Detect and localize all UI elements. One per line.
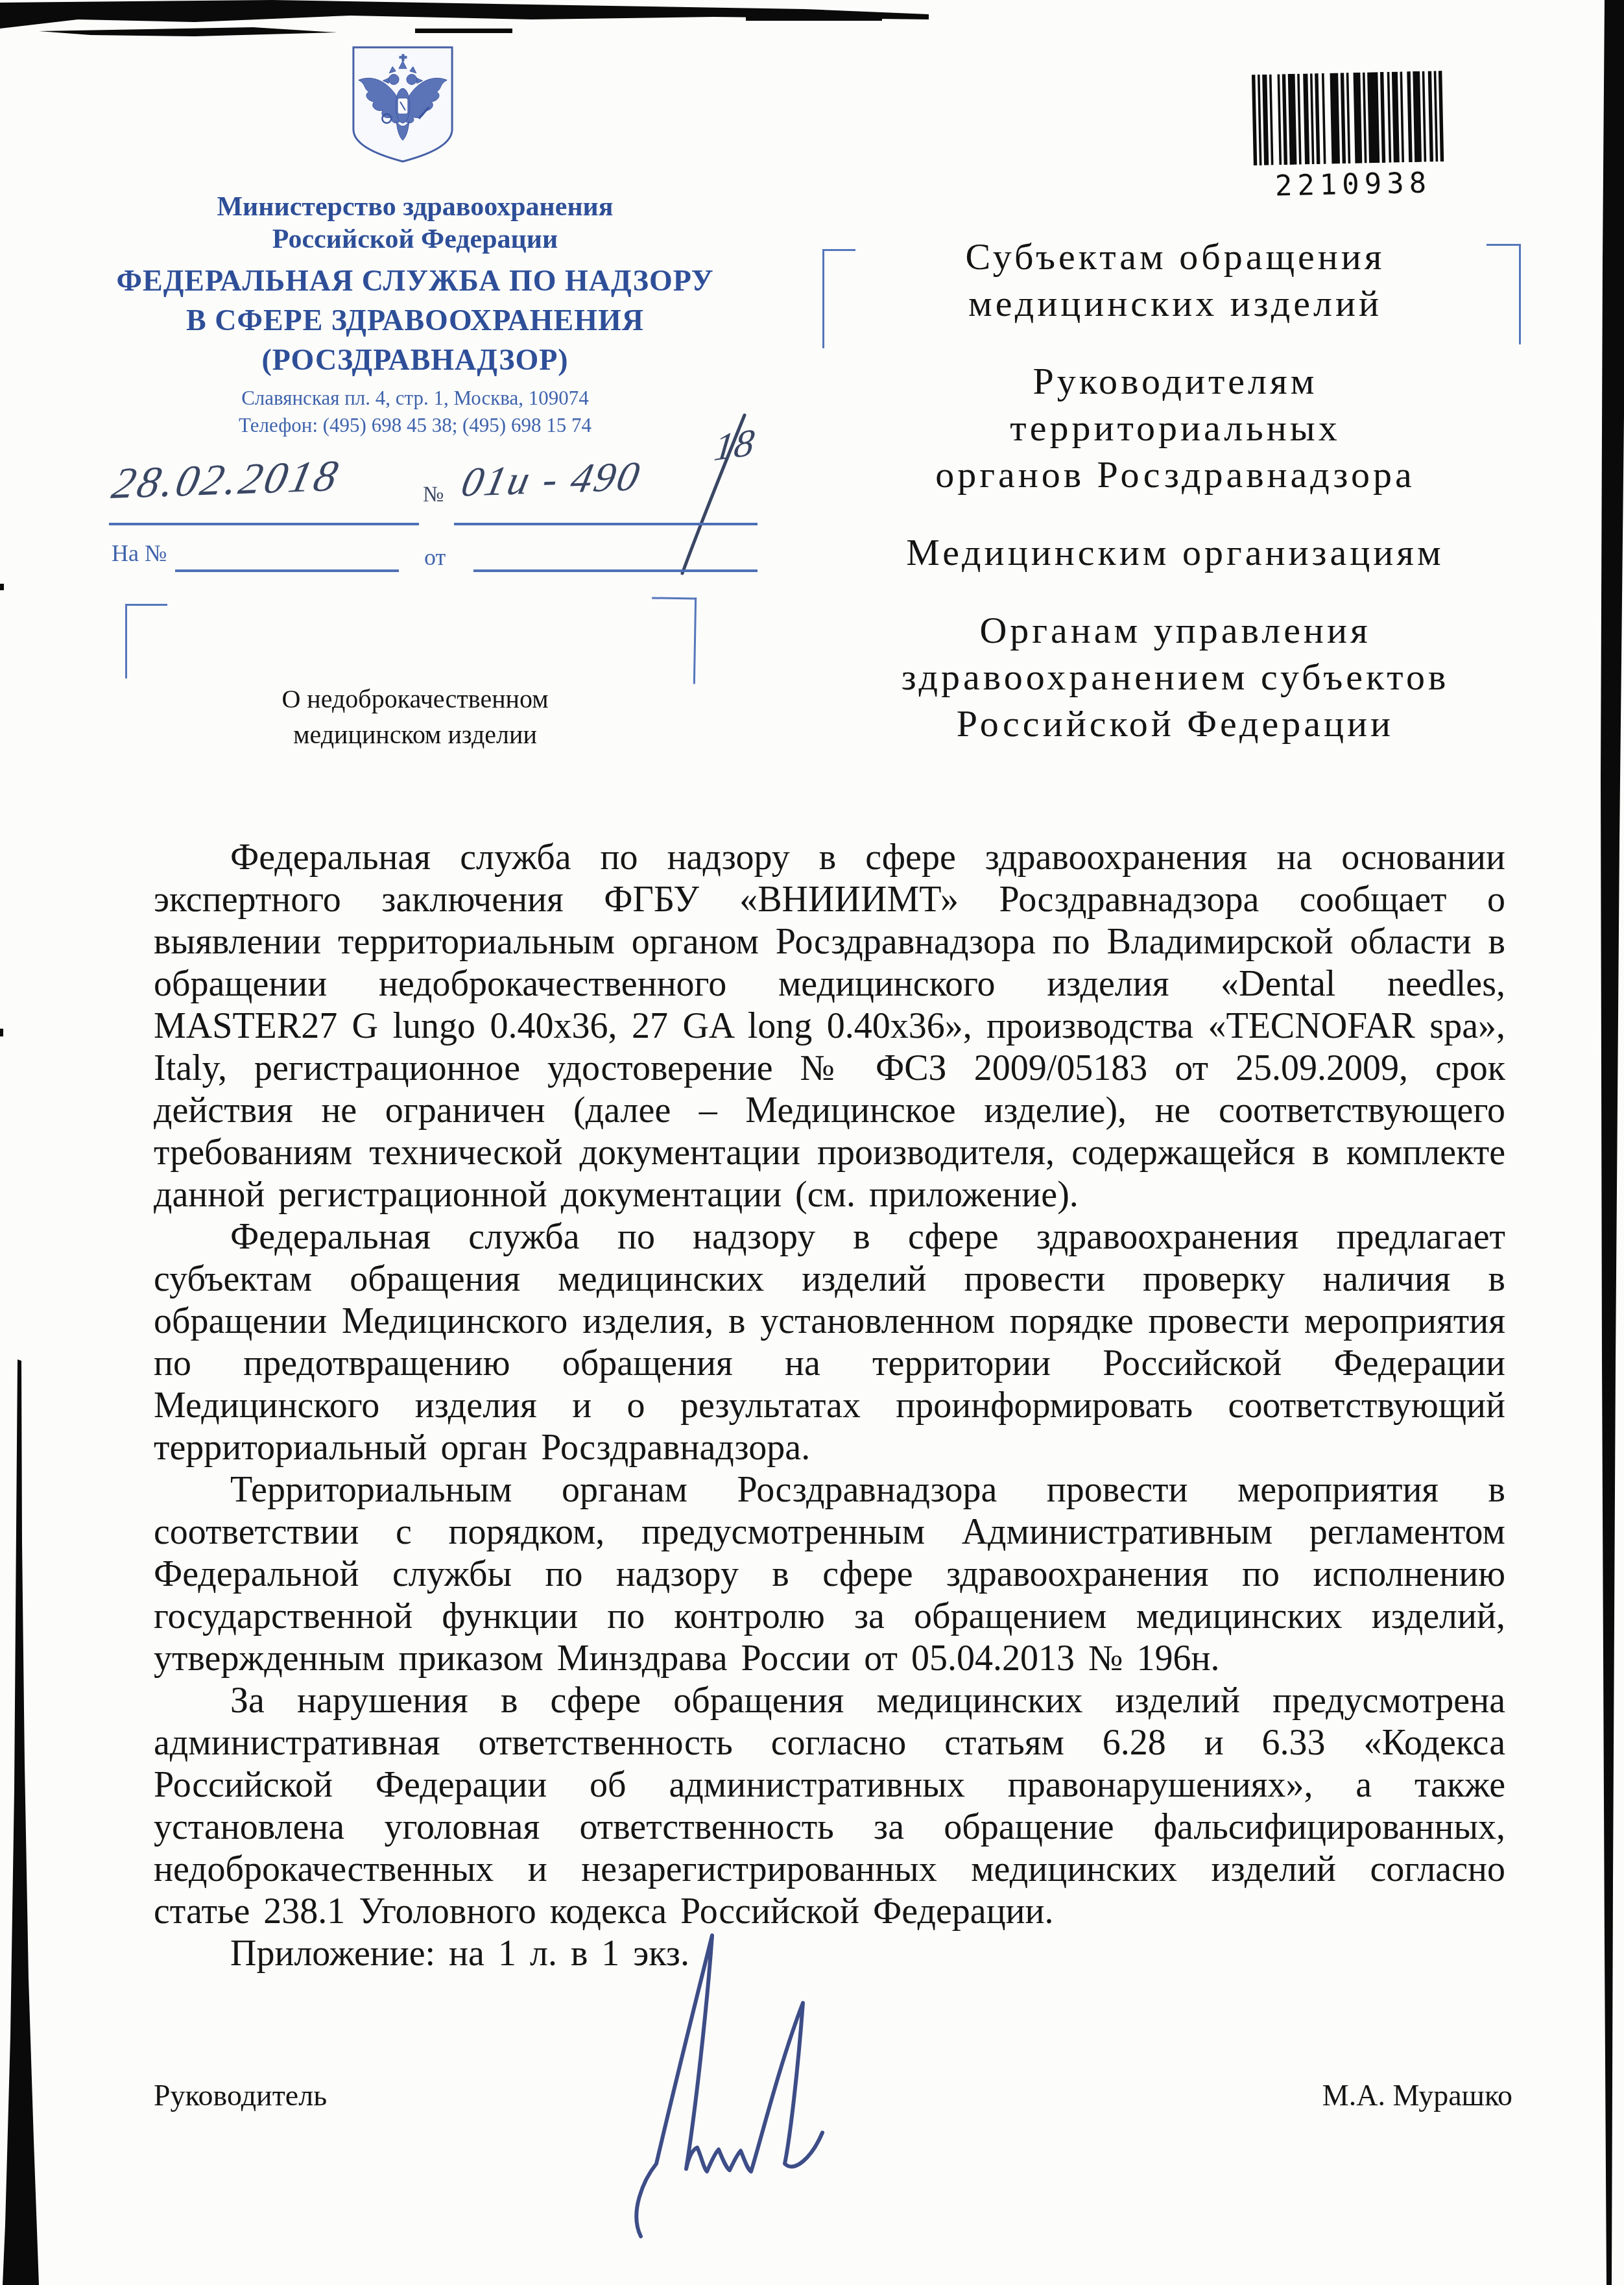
body-paragraph: За нарушения в сфере обращения медицинск… xyxy=(154,1680,1505,1933)
recipient-group: Субъектам обращения медицинских изделий xyxy=(830,233,1520,327)
reply-to-label: На № xyxy=(112,540,167,567)
outgoing-date-handwritten: 28.02.2018 xyxy=(108,450,345,509)
date-underline xyxy=(109,523,419,525)
scan-artifact-right xyxy=(1601,0,1624,2285)
subject-corner-right xyxy=(651,597,697,684)
body-paragraph: Федеральная служба по надзору в сфере зд… xyxy=(154,837,1505,1216)
number-underline xyxy=(454,523,758,525)
body-paragraph: Федеральная служба по надзору в сфере зд… xyxy=(154,1216,1505,1469)
outgoing-number-handwritten: 01и - 490 xyxy=(457,452,645,506)
barcode-bars-icon xyxy=(1250,71,1453,165)
recipient-group: Органам управления здравоохранением субъ… xyxy=(830,607,1520,747)
subject-corner-left xyxy=(125,604,167,678)
handwritten-signature-icon xyxy=(584,1911,856,2248)
coat-of-arms-icon xyxy=(348,43,457,167)
service-phone: Телефон: (495) 698 45 38; (495) 698 15 7… xyxy=(110,413,720,438)
scan-artifact-top xyxy=(0,0,929,36)
barcode: 2210938 xyxy=(1250,71,1454,203)
scan-artifact-left xyxy=(0,584,39,2285)
recipient-group: Руководителям территориальных органов Ро… xyxy=(830,358,1520,498)
recipients-block: Субъектам обращения медицинских изделий … xyxy=(830,233,1520,778)
signature-title: Руководитель xyxy=(154,2078,327,2112)
service-address: Славянская пл. 4, стр. 1, Москва, 109074 xyxy=(110,385,720,411)
from-underline xyxy=(473,569,758,572)
body-text: Федеральная служба по надзору в сфере зд… xyxy=(154,837,1505,1975)
document-subject: О недоброкачественном медицинском издели… xyxy=(221,681,610,752)
from-label: от xyxy=(424,544,446,571)
outgoing-number-sign: № xyxy=(423,483,444,507)
ministry-name: Министерство здравоохранения Российской … xyxy=(110,191,720,256)
body-paragraph: Территориальным органам Росздравнадзора … xyxy=(154,1469,1505,1680)
signatory-name: М.А. Мурашко xyxy=(1219,2078,1512,2112)
recipient-group: Медицинским организациям xyxy=(830,529,1520,576)
service-name: ФЕДЕРАЛЬНАЯ СЛУЖБА ПО НАДЗОРУ В СФЕРЕ ЗД… xyxy=(97,261,733,379)
scanned-letter-page: Министерство здравоохранения Российской … xyxy=(0,0,1624,2285)
reply-underline xyxy=(175,569,399,572)
handwritten-slash-stroke xyxy=(677,411,750,577)
barcode-number: 2210938 xyxy=(1252,166,1454,203)
